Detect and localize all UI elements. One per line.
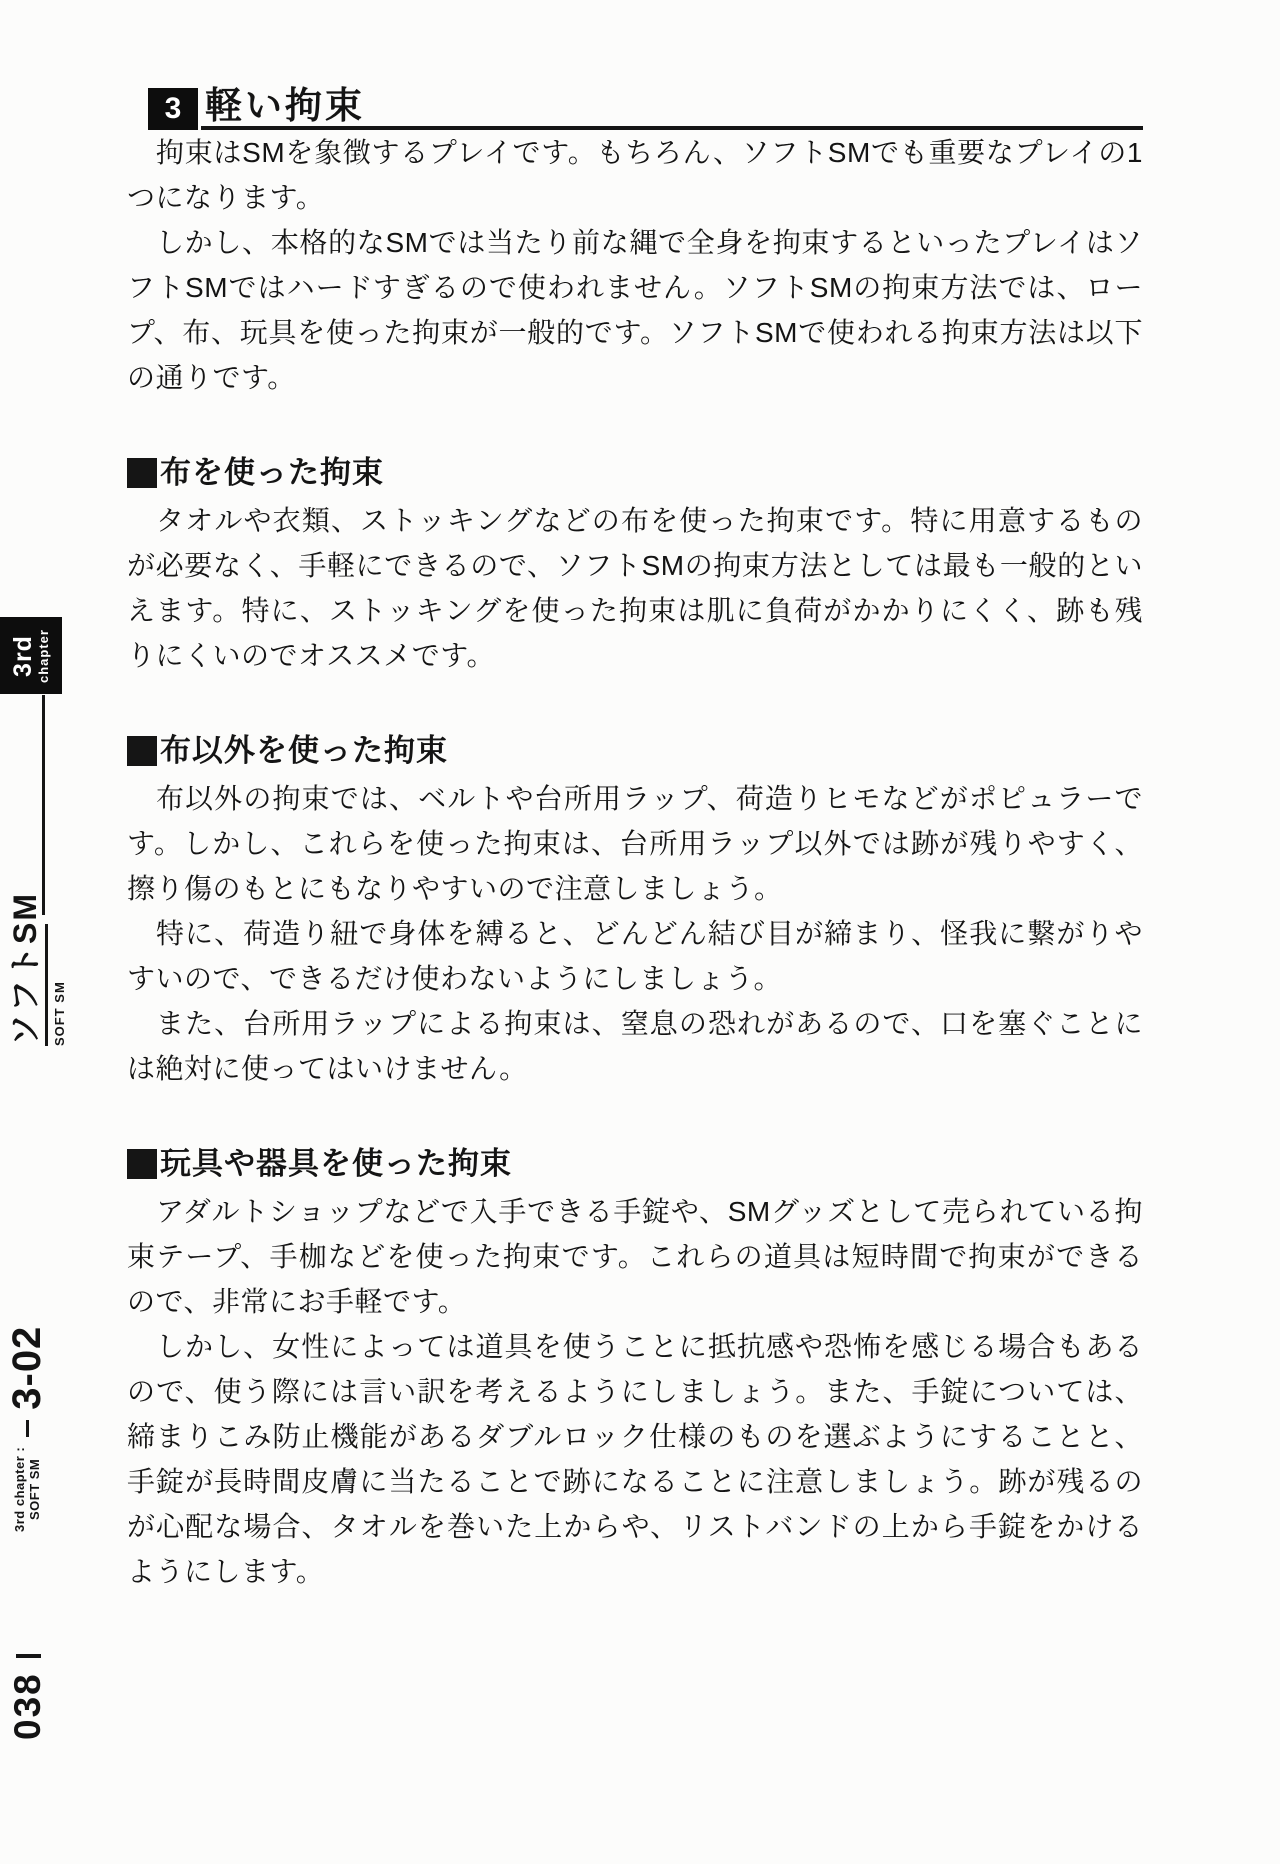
headline-rule [201,126,1143,130]
chapter-tab-label: chapter [36,629,51,683]
headline-title: 軽い拘束 [205,86,365,126]
section-reference-code: 3-02 [6,1326,48,1410]
section-reference-label: 3rd chapter : SOFT SM [12,1447,42,1532]
headline-number: 3 [165,92,182,126]
headline-number-box: 3 [148,88,198,130]
separator-bar-icon [16,1654,41,1658]
series-title-block: ソフトSM SOFT SM [7,924,67,1046]
black-square-icon [127,736,157,766]
body-paragraph: また、台所用ラップによる拘束は、窒息の恐れがあるので、口を塞ぐことには絶対に使っ… [127,1001,1143,1091]
chapter-tab-rotated-text: 3rd chapter [11,629,51,683]
page-number-block: 038 [9,1630,47,1740]
black-square-icon [127,1149,157,1179]
body-paragraph: アダルトショップなどで入手できる手錠や、SMグッズとして売られている拘束テープ、… [127,1189,1143,1324]
subsection-heading-non-cloth: 布以外を使った拘束 [127,733,1143,769]
body-paragraph: タオルや衣類、ストッキングなどの布を使った拘束です。特に用意するものが必要なく、… [127,498,1143,678]
page-number: 038 [9,1672,47,1740]
section-reference-label-line2: SOFT SM [27,1447,42,1532]
page-content: 3 軽い拘束 拘束はSMを象徴するプレイです。もちろん、ソフトSMでも重要なプレ… [127,86,1143,1594]
subsection-title: 布を使った拘束 [160,455,384,491]
chapter-tab-rule [42,695,45,915]
separator-dash-icon [26,1420,29,1437]
body-paragraph: 布以外の拘束では、ベルトや台所用ラップ、荷造りヒモなどがポピュラーです。しかし、… [127,776,1143,911]
book-page: 3rd chapter ソフトSM SOFT SM 3rd chapter : … [0,0,1280,1864]
body-paragraph: しかし、女性によっては道具を使うことに抵抗感や恐怖を感じる場合もあるので、使う際… [127,1324,1143,1594]
black-square-icon [127,458,157,488]
subsection-title: 布以外を使った拘束 [160,733,448,769]
subsection-title: 玩具や器具を使った拘束 [160,1146,512,1182]
section-reference-block: 3rd chapter : SOFT SM 3-02 [6,1322,48,1532]
subsection-heading-cloth: 布を使った拘束 [127,455,1143,491]
intro-paragraph: しかし、本格的なSMでは当たり前な縄で全身を拘束するといったプレイはソフトSMで… [127,220,1143,400]
chapter-tab-number: 3rd [11,629,36,683]
body-paragraph: 特に、荷造り紐で身体を縛ると、どんどん結び目が締まり、怪我に繋がりやすいので、で… [127,911,1143,1001]
chapter-tab: 3rd chapter [0,617,62,694]
intro-paragraph: 拘束はSMを象徴するプレイです。もちろん、ソフトSMでも重要なプレイの1つになり… [127,130,1143,220]
section-reference-label-line1: 3rd chapter : [12,1447,27,1532]
subsection-heading-tools: 玩具や器具を使った拘束 [127,1146,1143,1182]
headline: 3 軽い拘束 [127,86,1143,128]
series-title-en: SOFT SM [52,924,67,1046]
series-title-jp: ソフトSM [7,924,48,1046]
